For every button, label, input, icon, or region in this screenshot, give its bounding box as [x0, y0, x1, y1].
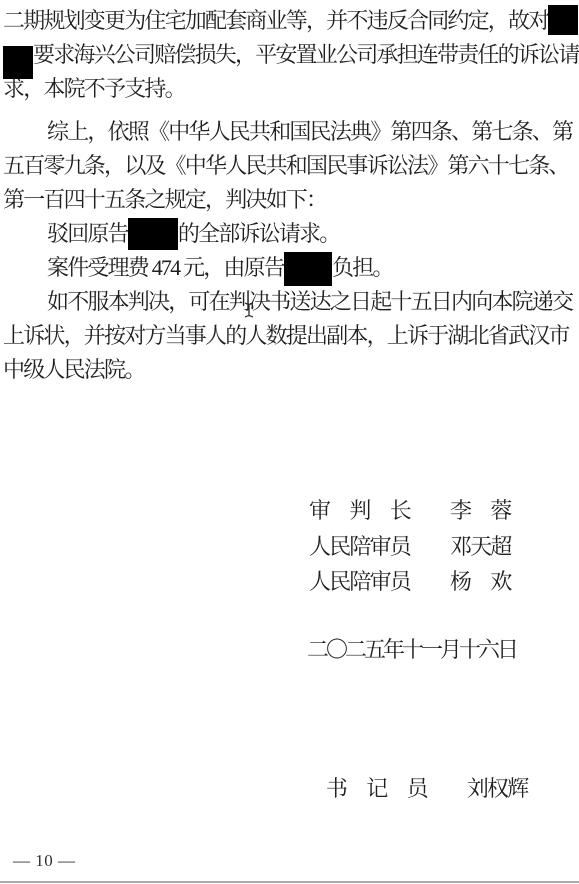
clerk-line: 书 记 员刘权辉 — [311, 738, 527, 772]
body-text-segment: 五百零九条，以及《中华人民共和国民事诉讼法》第六十七条、 — [3, 153, 569, 178]
redaction-box — [128, 218, 178, 250]
body-text-segment: 要求海兴公司赔偿损失，平安置业公司承担连带责任的诉讼请 — [33, 42, 578, 67]
signature-name: 邓天超 — [450, 534, 511, 559]
body-line: 驳回原告的全部诉讼请求。 — [0, 217, 579, 251]
body-line: 求，本院不予支持。 — [0, 72, 579, 106]
signature-name: 李 蓉 — [450, 498, 511, 523]
page-bottom-rule — [0, 881, 579, 883]
text-ibeam-cursor — [244, 302, 254, 318]
redaction-box — [3, 46, 33, 79]
clerk-name: 刘权辉 — [467, 776, 528, 801]
body-line: 综上，依照《中华人民共和国民法典》第四条、第七条、第 — [0, 115, 579, 149]
body-text-segment: 案件受理费 474 元，由原告 — [47, 255, 284, 280]
body-line: 中级人民法院。 — [0, 353, 579, 387]
body-text-segment: 上诉状，并按对方当事人的人数提出副本，上诉于湖北省武汉市 — [3, 323, 569, 348]
body-text-segment: 驳回原告 — [47, 221, 128, 246]
body-line: 如不服本判决，可在判决书送达之日起十五日内向本院递交 — [0, 285, 579, 319]
body-text-segment: 负担。 — [332, 255, 393, 280]
ibeam-cursor-icon — [244, 302, 254, 318]
signature-role: 人民陪审员 — [309, 534, 410, 559]
body-text-segment: 中级人民法院。 — [3, 357, 144, 382]
page-number: — 10 — — [13, 851, 76, 871]
signature-name: 杨 欢 — [450, 569, 511, 594]
redaction-box — [284, 252, 332, 286]
body-text-segment: 第一百四十五条之规定，判决如下： — [3, 187, 326, 212]
body-line: 案件受理费 474 元，由原告负担。 — [0, 251, 579, 285]
judgment-date: 二〇二五年十一月十六日 — [307, 633, 516, 667]
signature-line: 人民陪审员邓天超 — [309, 529, 511, 565]
body-line: 第一百四十五条之规定，判决如下： — [0, 183, 579, 217]
signature-line: 审 判 长李 蓉 — [309, 493, 511, 529]
body-text-segment: 的全部诉讼请求。 — [178, 221, 340, 246]
body-text-segment: 求，本院不予支持。 — [3, 76, 185, 101]
body-line: 要求海兴公司赔偿损失，平安置业公司承担连带责任的诉讼请 — [0, 38, 579, 72]
body-line: 上诉状，并按对方当事人的人数提出副本，上诉于湖北省武汉市 — [0, 319, 579, 353]
signature-line: 人民陪审员杨 欢 — [309, 564, 511, 600]
body-text-segment: 综上，依照《中华人民共和国民法典》第四条、第七条、第 — [47, 119, 572, 144]
document-page: 二期规划变更为住宅加配套商业等，并不违反合同约定，故对要求海兴公司赔偿损失，平安… — [0, 0, 579, 884]
body-text-segment: 如不服本判决，可在判决书送达之日起十五日内向本院递交 — [47, 289, 572, 314]
body-line: 二期规划变更为住宅加配套商业等，并不违反合同约定，故对 — [0, 4, 579, 38]
body-line: 五百零九条，以及《中华人民共和国民事诉讼法》第六十七条、 — [0, 149, 579, 183]
judgment-body: 二期规划变更为住宅加配套商业等，并不违反合同约定，故对要求海兴公司赔偿损失，平安… — [0, 4, 579, 387]
redaction-box — [548, 5, 578, 35]
body-text-segment: 二期规划变更为住宅加配套商业等，并不违反合同约定，故对 — [3, 8, 548, 33]
signature-role: 审 判 长 — [309, 498, 410, 523]
clerk-role: 书 记 员 — [326, 776, 427, 801]
signature-role: 人民陪审员 — [309, 569, 410, 594]
signature-block: 审 判 长李 蓉人民陪审员邓天超人民陪审员杨 欢 — [309, 493, 511, 600]
